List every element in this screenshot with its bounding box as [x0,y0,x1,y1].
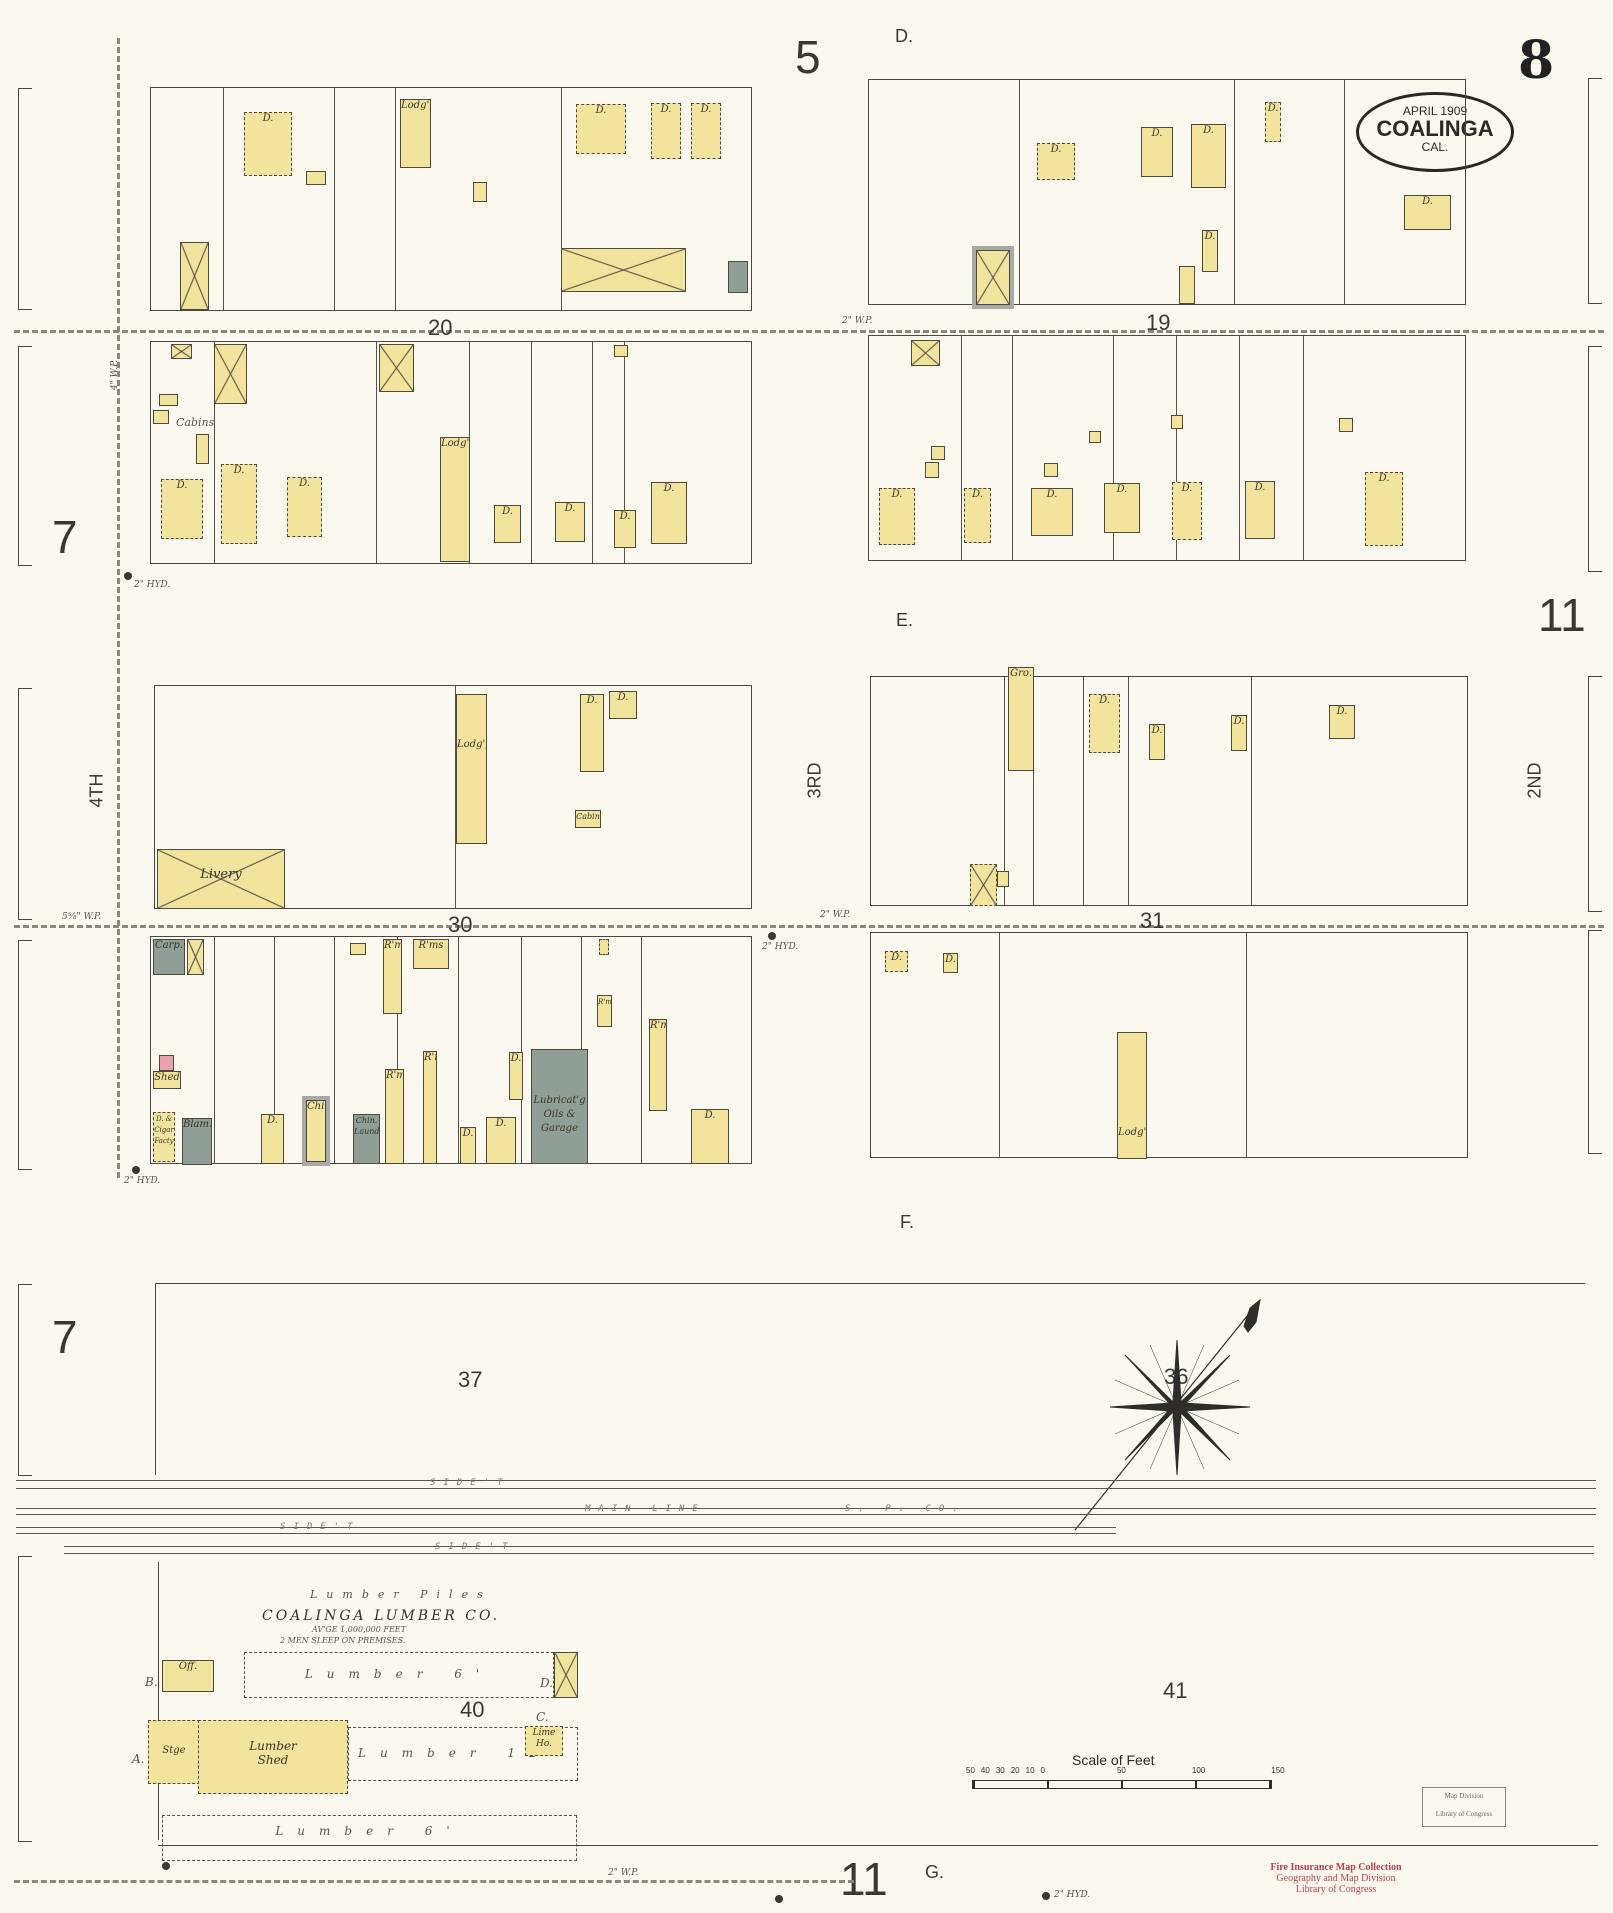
auto-shed[interactable] [970,864,997,906]
dwelling[interactable]: D. [1365,472,1403,546]
adjoining-block-edge [18,1556,32,1842]
street-d: D. [895,26,913,47]
dwelling[interactable]: D. [1231,715,1247,751]
outbuilding[interactable] [614,345,628,357]
block-number-40: 40 [460,1697,484,1723]
rooms[interactable]: R'ms [413,939,449,969]
outbuilding[interactable] [599,939,609,955]
marker-c: C. [536,1710,549,1724]
auto-shed[interactable] [911,340,940,366]
dwelling[interactable]: D. [1172,482,1202,540]
auto-shed[interactable] [554,1652,578,1698]
map-division-stamp: Map Division Library of Congress [1422,1787,1506,1827]
lumber-office[interactable]: Off. [162,1660,214,1692]
dwelling[interactable]: D. [651,482,687,544]
scale-bar [972,1780,1272,1789]
lodgings[interactable]: Lodg'gs [456,694,487,844]
dwelling[interactable]: D. [1031,488,1073,536]
iron-clad-shed[interactable] [728,261,748,293]
rail-label-siding: SIDE'T [280,1522,361,1532]
adjoining-sheet-top[interactable]: 5 [795,30,821,84]
street-2nd: 2ND [1525,762,1546,798]
hydrant-label: 2" HYD. [762,942,798,952]
lodgings[interactable]: Lodg'gs [440,437,470,562]
dwelling[interactable]: D. [1329,705,1355,739]
water-pipe-label-4: 4" W.P. [110,360,120,390]
marker-b: B. [145,1675,158,1689]
lodgings[interactable]: Lodg'gs [1117,1032,1147,1159]
dwelling-and-cigar-factory[interactable]: D. & Cigar Facty [153,1112,175,1162]
dwelling[interactable]: D. [460,1127,476,1164]
lumber-pile-6ft-upper[interactable]: Lumber 6' [244,1652,554,1698]
water-pipe-label-2-bottom: 2" W.P. [608,1868,638,1878]
rail-siding-1a [16,1480,1596,1481]
lumber-shed[interactable]: Lumber Shed [198,1720,348,1794]
rooms[interactable]: R'ms [385,1069,404,1164]
lubricating-oils-garage[interactable]: Lubricat'g Oils & Garage [531,1049,588,1164]
compass-rose-icon [1060,1290,1300,1550]
blacksmith[interactable]: Blam. [182,1118,212,1165]
hydrant-icon [1042,1892,1050,1900]
block-top-left[interactable]: D. D. Lodg'gs D. D. D. [150,87,752,311]
adjoining-block-edge [1588,346,1602,572]
dwelling[interactable]: D. [287,477,322,537]
block-37-36-top-edge [155,1283,1585,1284]
street-f: F. [900,1212,914,1233]
rail-label-siding: SIDE'T [435,1542,516,1552]
dwelling[interactable]: D. [879,488,915,545]
block-e-left[interactable]: Livery Lodg'gs D. D. Cabin [154,685,752,909]
block-top-right[interactable]: D. D. D. D. D. D. [868,79,1466,305]
dwelling[interactable]: D. [509,1052,523,1100]
lodgings[interactable]: Lodg'gs [400,99,431,168]
lumber-occupancy-note: 2 MEN SLEEP ON PREMISES. [280,1636,405,1645]
rooms[interactable]: R'ms [649,1019,667,1111]
dwelling[interactable]: D. [580,694,604,772]
adjoining-block-edge [18,940,32,1170]
dwelling[interactable]: D. [221,464,257,544]
dwelling[interactable]: D. [964,488,991,543]
dwelling[interactable]: D. [1141,127,1173,177]
hydrant-label: 2" HYD. [134,580,170,590]
rail-siding-2a [16,1527,1116,1528]
block-number-37: 37 [458,1367,482,1393]
cabin[interactable]: Cabin [575,810,601,828]
dwelling[interactable]: D. [261,1114,284,1164]
cabin[interactable] [159,394,178,406]
dwelling[interactable]: D. [1037,143,1075,180]
warehouse[interactable] [561,248,686,292]
street-3rd: 3RD [805,762,826,798]
dwelling[interactable]: D. [244,112,292,176]
shed[interactable] [1179,266,1195,304]
dwelling[interactable]: D. [691,103,721,159]
dwelling[interactable]: D. [161,479,203,539]
block-31[interactable]: D. D. Lodg'gs [870,932,1468,1158]
adjoining-sheet-left-upper[interactable]: 7 [52,510,78,564]
chinese-laundry[interactable]: Chin. Laundry [353,1114,380,1164]
block-40-left-edge [158,1562,159,1840]
outbuilding[interactable] [306,171,326,185]
adjoining-sheet-right[interactable]: 11 [1538,588,1586,642]
dwelling[interactable]: D. [555,502,585,542]
auto-shed[interactable] [214,344,247,404]
rooms[interactable]: R'ms [383,939,402,1014]
rail-label-siding: SIDE'T [430,1478,511,1488]
dwelling[interactable]: D. [494,505,521,543]
company-building[interactable] [976,250,1010,305]
rail-siding-2b [16,1533,1116,1534]
cabins-label: Cabins [176,416,214,429]
hydrant-icon [124,572,132,580]
block-number-31: 31 [1140,908,1164,934]
adjoining-block-edge [1588,930,1602,1154]
rail-siding-3b [64,1553,1594,1554]
marker-a: A. [132,1752,144,1766]
outbuilding[interactable] [925,462,939,478]
lumber-capacity: AV'GE 1,000,000 FEET [312,1625,406,1634]
scale-ticks: 5040302010050100150 [966,1766,1286,1775]
cabin[interactable] [153,410,169,424]
outbuilding[interactable] [350,943,366,955]
block-30[interactable]: Carp. Shed D. & Cigar Facty Blam. D. Chi… [150,936,752,1164]
water-pipe-block-30-31-top [14,925,1604,928]
outbuilding[interactable] [997,871,1009,887]
auto-shed[interactable] [171,344,192,359]
adjoining-sheet-left-lower[interactable]: 7 [52,1310,78,1364]
hydrant-icon [162,1862,170,1870]
water-pipe-g-street [14,1880,854,1883]
marker-d: D. [540,1676,553,1690]
lumber-pile-6ft-lower[interactable]: Lumber 6' [162,1815,577,1861]
rail-siding-1b [16,1488,1596,1489]
carpenter-shop[interactable]: Carp. [153,939,185,975]
sheet-number: 8 [1518,30,1554,91]
dwelling[interactable]: D. [1245,481,1275,539]
adjoining-sheet-bottom[interactable]: 11 [840,1852,888,1906]
block-37-left-edge [155,1283,156,1475]
water-pipe-label-2-top: 2" W.P. [842,316,872,326]
adjoining-block-edge [18,88,32,310]
auto-shed[interactable] [180,242,209,310]
street-g: G. [925,1862,944,1883]
collection-stamp: Fire Insurance Map Collection Geography … [1236,1862,1436,1895]
hydrant-icon [775,1895,783,1903]
brick-building[interactable] [159,1055,174,1071]
outbuilding[interactable] [1171,415,1183,429]
rail-main-a [16,1508,1596,1509]
block-e-right[interactable]: Gro. D. D. D. D. [870,676,1468,906]
dwelling[interactable]: D. [943,953,958,973]
rooms[interactable]: R'ms [423,1051,437,1164]
lime-house[interactable]: Lime Ho. [525,1726,563,1756]
lumber-company-name: COALINGA LUMBER CO. [262,1608,500,1624]
chinese-dwelling[interactable]: Chin. [306,1100,326,1162]
outbuilding[interactable] [473,182,487,202]
dwelling[interactable]: D. [885,951,908,972]
hydrant-label: 2" HYD. [124,1176,160,1186]
hydrant-icon [768,932,776,940]
water-pipe-4th-street [117,38,120,1178]
rail-siding-3a [64,1546,1594,1547]
outbuilding[interactable] [1044,463,1058,477]
rail-label-main-line: MAIN LINE [585,1504,706,1514]
dwelling[interactable]: D. [1104,483,1140,533]
water-pipe-block-20-19-top [14,330,1604,333]
adjoining-block-edge [18,688,32,920]
adjoining-block-edge [18,346,32,566]
dwelling[interactable]: D. [1202,230,1218,272]
auto-shed[interactable] [379,344,414,392]
hydrant-label: 2" HYD. [1054,1890,1090,1900]
auto-shed[interactable] [187,939,204,975]
adjoining-block-edge [1588,676,1602,912]
outbuilding[interactable] [931,446,945,460]
street-4th: 4TH [87,773,108,807]
dwelling[interactable]: D. [1404,195,1451,230]
dwelling[interactable]: D. [691,1109,729,1164]
street-e: E. [896,610,913,631]
outbuilding[interactable] [1089,431,1101,443]
dwelling[interactable]: D. [614,510,636,548]
dwelling[interactable]: D. [576,104,626,154]
rail-label-company: S. P. CO. [845,1504,966,1514]
water-pipe-label-2-mid: 2" W.P. [820,910,850,920]
adjoining-block-edge [18,1284,32,1476]
lumber-piles-header: Lumber Piles [310,1588,492,1601]
outbuilding[interactable] [1339,418,1353,432]
block-20[interactable]: Cabins D. D. D. Lodg'gs D. D. D. D. [150,341,752,564]
block-number-30: 30 [448,912,472,938]
adjoining-block-edge [1588,78,1602,304]
shed[interactable]: Shed [153,1071,181,1089]
hydrant-icon [132,1166,140,1174]
water-pipe-label-5: 5⅝" W.P. [62,912,101,922]
rail-main-b [16,1514,1596,1515]
storage-shed[interactable]: Stge [148,1720,200,1784]
dwelling[interactable]: D. [1265,102,1281,142]
dwelling[interactable]: D. [651,103,681,159]
rooms[interactable]: R'ms [597,995,612,1027]
cabin[interactable] [196,434,209,464]
block-number-19: 19 [1146,310,1170,336]
block-number-41: 41 [1163,1678,1187,1704]
livery-stable[interactable]: Livery [157,849,285,909]
dwelling[interactable]: D. [1149,724,1165,760]
dwelling[interactable]: D. [1089,694,1120,753]
block-number-20: 20 [428,315,452,341]
dwelling[interactable]: D. [1191,124,1226,188]
dwelling[interactable]: D. [609,691,637,719]
block-19[interactable]: D. D. D. D. D. D. D. [868,335,1466,561]
grocery-and-dwelling[interactable]: Gro. [1008,667,1034,771]
dwelling[interactable]: D. [486,1117,516,1164]
